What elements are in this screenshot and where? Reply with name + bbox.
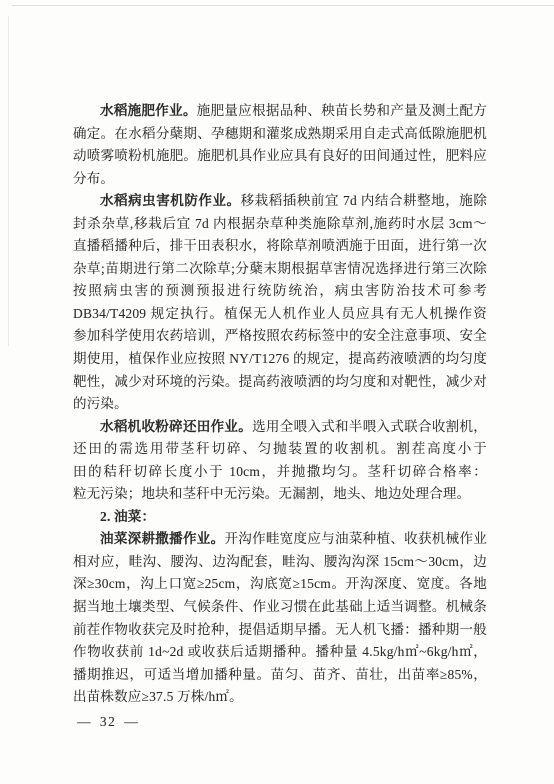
document-page: 水稻施肥作业。施肥量应根据品种、秧苗长势和产量及测土配方施肥确定。在水稻分蘖期、… [0,0,554,784]
paragraph-lead: 油菜深耕撒播作业。 [100,531,224,546]
text-line: 杂草;苗期进行第二次除草;分蘖末期根据草害情况选择进行第三次除草。 [73,258,487,281]
text-line: 的污染。 [73,393,487,416]
text-line: 分布。 [73,168,487,191]
text-line: 封杀杂草,移栽后宜 7d 内根据杂草种类施除草剂,施药时水层 3cm～5cm。 [73,213,487,236]
section-heading-label: 2. 油菜： [100,509,155,524]
text-line: 据当地土壤类型、气候条件、作业习惯在此基础上适当调整。机械条播： [73,596,487,619]
text-line: 水稻病虫害机防作业。移栽稻插秧前宜 7d 内结合耕整地，施除草剂 [73,190,487,213]
section-heading: 2. 油菜： [73,506,487,529]
document-body: 水稻施肥作业。施肥量应根据品种、秧苗长势和产量及测土配方施肥确定。在水稻分蘖期、… [73,100,487,709]
text-line: 水稻机收粉碎还田作业。选用全喂入式和半喂入式联合收割机，秸秆 [73,416,487,439]
text-line: 相对应，畦沟、腰沟、边沟配套，畦沟、腰沟沟深 15cm～30cm，边沟沟 [73,551,487,574]
page-number: — 32 — [77,711,139,733]
text-line: 作物收获前 1d~2d 或收获后适期播种。播种量 4.5kg/h㎡~6kg/h㎡… [73,641,487,664]
text-line: 期使用，植保作业应按照 NY/T1276 的规定，提高药液喷洒的均匀度和对 [73,348,487,371]
scan-artifact-left-edge [8,16,9,346]
text-line: 出苗株数应≥37.5 万株/h㎡。 [73,686,487,709]
text-line: 直播稻播种后，排干田表积水，将除草剂喷洒施于田面，进行第一次封杀 [73,235,487,258]
text-line: 确定。在水稻分蘖期、孕穗期和灌浆成熟期采用自走式高低隙施肥机或机 [73,123,487,146]
text-line: 粒无污染；地块和茎秆中无污染。无漏割，地头、地边处理合理。 [73,483,487,506]
text-line: 深≥30cm，沟上口宽≥25cm，沟底宽≥15cm。开沟深度、宽度。各地应根 [73,573,487,596]
text-line: 水稻施肥作业。施肥量应根据品种、秧苗长势和产量及测土配方施肥 [73,100,487,123]
text-line: 靶性，减少对环境的污染。提高药液喷洒的均匀度和对靶性，减少对环境 [73,371,487,394]
paragraph-lead: 水稻施肥作业。 [100,103,197,118]
text-line: 前茬作物收获完及时抢种，提倡适期早播。无人机飞播：播种期一般在前茬 [73,619,487,642]
text-line: 参加科学使用农药培训，严格按照农药标签中的安全注意事项、安全间隔 [73,325,487,348]
text-line: DB34/T4209 规定执行。植保无人机作业人员应具有无人机操作资质，并 [73,303,487,326]
text-line: 播期推迟，可适当增加播种量。苗匀、苗齐、苗壮，出苗率≥85%，油菜 [73,664,487,687]
paragraph-lead: 水稻机收粉碎还田作业。 [100,419,252,434]
paragraph-lead: 水稻病虫害机防作业。 [100,193,241,208]
text-line: 按照病虫害的预测预报进行统防统治，病虫害防治技术可参考 [73,280,487,303]
text-line: 油菜深耕撒播作业。开沟作畦宽度应与油菜种植、收获机械作业宽度 [73,528,487,551]
text-line: 动喷雾喷粉机施肥。施肥机具作业应具有良好的田间通过性，肥料应均匀 [73,145,487,168]
text-line: 田的秸秆切碎长度小于 10cm，并抛撒均匀。茎秆切碎合格率：≥90%。籽 [73,461,487,484]
scan-artifact-top-edge [12,5,554,6]
text-line: 还田的需选用带茎秆切碎、匀抛装置的收割机。割茬高度小于 15cm，还 [73,438,487,461]
